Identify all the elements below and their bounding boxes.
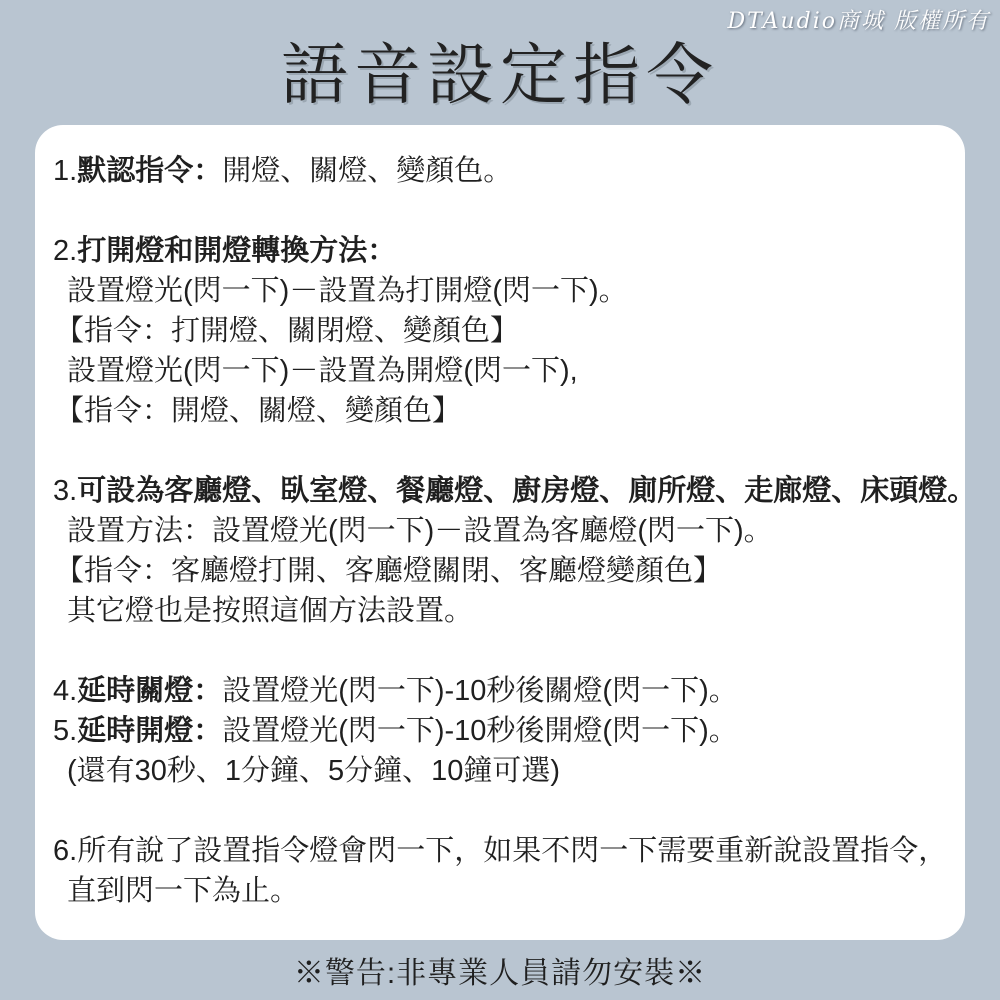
item-number: 3.: [53, 475, 77, 507]
instruction-block-4-5: 4.延時關燈：設置燈光(閃一下)-10秒後關燈(閃一下)。 5.延時開燈：設置燈…: [53, 671, 965, 791]
item-heading: 延時關燈：: [77, 675, 222, 707]
item-text: 設置方法：設置燈光(閃一下)－設置為客廳燈(閃一下)。: [67, 515, 773, 547]
page-title: 語音設定指令: [0, 22, 1000, 118]
item-text: 【指令：客廳燈打開、客廳燈關閉、客廳燈變顏色】: [55, 555, 722, 587]
instruction-line: (還有30秒、1分鐘、5分鐘、10鐘可選): [53, 751, 965, 791]
instruction-line: 2.打開燈和開燈轉換方法：: [53, 231, 965, 271]
item-text: 設置燈光(閃一下)-10秒後開燈(閃一下)。: [222, 715, 738, 747]
instruction-line: 設置方法：設置燈光(閃一下)－設置為客廳燈(閃一下)。: [53, 511, 965, 551]
item-text: 開燈、關燈、變顏色。: [222, 155, 512, 187]
item-text: 所有說了設置指令燈會閃一下，如果不閃一下需要重新說設置指令，: [77, 835, 947, 867]
instruction-line: 其它燈也是按照這個方法設置。: [53, 591, 965, 631]
instruction-line: 5.延時開燈：設置燈光(閃一下)-10秒後開燈(閃一下)。: [53, 711, 965, 751]
footer-warning: ※警告:非專業人員請勿安裝※: [0, 948, 1000, 992]
instruction-block-3: 3.可設為客廳燈、臥室燈、餐廳燈、廚房燈、廁所燈、走廊燈、床頭燈。 設置方法：設…: [53, 471, 965, 631]
item-heading: 默認指令：: [77, 155, 222, 187]
instruction-block-1: 1.默認指令：開燈、關燈、變顏色。: [53, 151, 965, 191]
instruction-line: 3.可設為客廳燈、臥室燈、餐廳燈、廚房燈、廁所燈、走廊燈、床頭燈。: [53, 471, 965, 511]
instruction-line: 4.延時關燈：設置燈光(閃一下)-10秒後關燈(閃一下)。: [53, 671, 965, 711]
item-text: 設置燈光(閃一下)-10秒後關燈(閃一下)。: [222, 675, 738, 707]
instruction-line: 直到閃一下為止。: [53, 871, 965, 911]
item-text: 設置燈光(閃一下)－設置為打開燈(閃一下)。: [67, 275, 628, 307]
instruction-line: 設置燈光(閃一下)－設置為開燈(閃一下),: [53, 351, 965, 391]
item-number: 6.: [53, 835, 77, 867]
instruction-block-6: 6.所有說了設置指令燈會閃一下，如果不閃一下需要重新說設置指令， 直到閃一下為止…: [53, 831, 965, 911]
item-text: 其它燈也是按照這個方法設置。: [67, 595, 473, 627]
instructions-card: 1.默認指令：開燈、關燈、變顏色。 2.打開燈和開燈轉換方法： 設置燈光(閃一下…: [35, 125, 965, 940]
instruction-block-2: 2.打開燈和開燈轉換方法： 設置燈光(閃一下)－設置為打開燈(閃一下)。 【指令…: [53, 231, 965, 431]
item-heading: 延時開燈：: [77, 715, 222, 747]
instruction-line: 設置燈光(閃一下)－設置為打開燈(閃一下)。: [53, 271, 965, 311]
item-heading: 打開燈和開燈轉換方法：: [77, 235, 396, 267]
item-text: 直到閃一下為止。: [67, 875, 299, 907]
instruction-line: 【指令：打開燈、關閉燈、變顏色】: [53, 311, 965, 351]
instruction-line: 1.默認指令：開燈、關燈、變顏色。: [53, 151, 965, 191]
item-heading: 可設為客廳燈、臥室燈、餐廳燈、廚房燈、廁所燈、走廊燈、床頭燈。: [77, 475, 976, 507]
instruction-line: 【指令：客廳燈打開、客廳燈關閉、客廳燈變顏色】: [53, 551, 965, 591]
item-number: 2.: [53, 235, 77, 267]
instruction-line: 【指令：開燈、關燈、變顏色】: [53, 391, 965, 431]
item-text: 設置燈光(閃一下)－設置為開燈(閃一下),: [67, 355, 578, 387]
item-text: 【指令：開燈、關燈、變顏色】: [55, 395, 461, 427]
item-number: 1.: [53, 155, 77, 187]
instruction-line: 6.所有說了設置指令燈會閃一下，如果不閃一下需要重新說設置指令，: [53, 831, 965, 871]
item-number: 4.: [53, 675, 77, 707]
item-text: (還有30秒、1分鐘、5分鐘、10鐘可選): [67, 755, 560, 787]
item-text: 【指令：打開燈、關閉燈、變顏色】: [55, 315, 519, 347]
item-number: 5.: [53, 715, 77, 747]
